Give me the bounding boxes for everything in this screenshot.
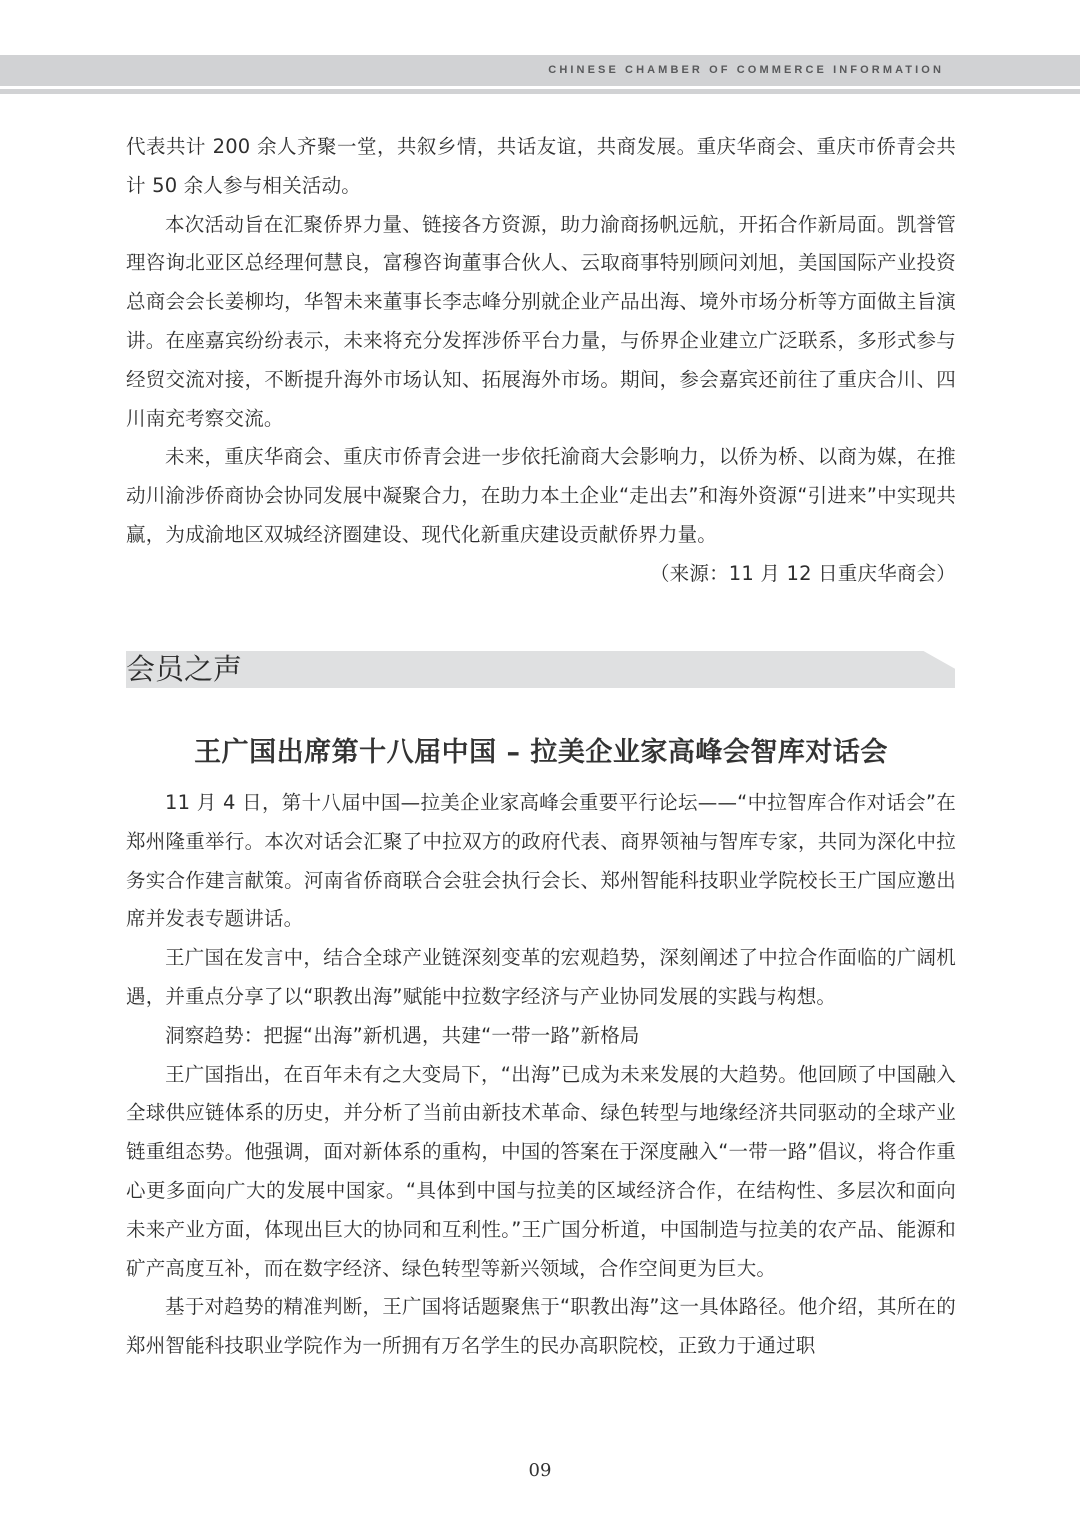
header-divider-stripe: [0, 89, 1080, 94]
paragraph: 基于对趋势的精准判断，王广国将话题聚焦于“职教出海”这一具体路径。他介绍，其所在…: [126, 1288, 956, 1366]
subheading: 洞察趋势：把握“出海”新机遇，共建“一带一路”新格局: [126, 1017, 956, 1056]
article-title: 王广国出席第十八届中国 – 拉美企业家高峰会智库对话会: [126, 730, 956, 769]
paragraph: 王广国指出，在百年未有之大变局下，“出海”已成为未来发展的大趋势。他回顾了中国融…: [126, 1056, 956, 1289]
section-header: 会员之声: [126, 651, 955, 688]
paragraph: 代表共计 200 余人齐聚一堂，共叙乡情，共话友谊，共商发展。重庆华商会、重庆市…: [126, 128, 956, 206]
paragraph: 本次活动旨在汇聚侨界力量、链接各方资源，助力渝商扬帆远航，开拓合作新局面。凯誉管…: [126, 206, 956, 439]
paragraph: 11 月 4 日，第十八届中国—拉美企业家高峰会重要平行论坛——“中拉智库合作对…: [126, 784, 956, 939]
running-header-title: CHINESE CHAMBER OF COMMERCE INFORMATION: [548, 64, 944, 76]
section-title: 会员之声: [126, 651, 242, 688]
paragraph: 王广国在发言中，结合全球产业链深刻变革的宏观趋势，深刻阐述了中拉合作面临的广阔机…: [126, 939, 956, 1017]
article-body: 11 月 4 日，第十八届中国—拉美企业家高峰会重要平行论坛——“中拉智库合作对…: [126, 784, 956, 1366]
running-header-band: CHINESE CHAMBER OF COMMERCE INFORMATION: [0, 55, 1080, 86]
paragraph: 未来，重庆华商会、重庆市侨青会进一步依托渝商大会影响力，以侨为桥、以商为媒，在推…: [126, 438, 956, 554]
source-citation: （来源：11 月 12 日重庆华商会）: [126, 555, 956, 594]
article-continued-body: 代表共计 200 余人齐聚一堂，共叙乡情，共话友谊，共商发展。重庆华商会、重庆市…: [126, 128, 956, 594]
page-number: 09: [0, 1460, 1080, 1481]
